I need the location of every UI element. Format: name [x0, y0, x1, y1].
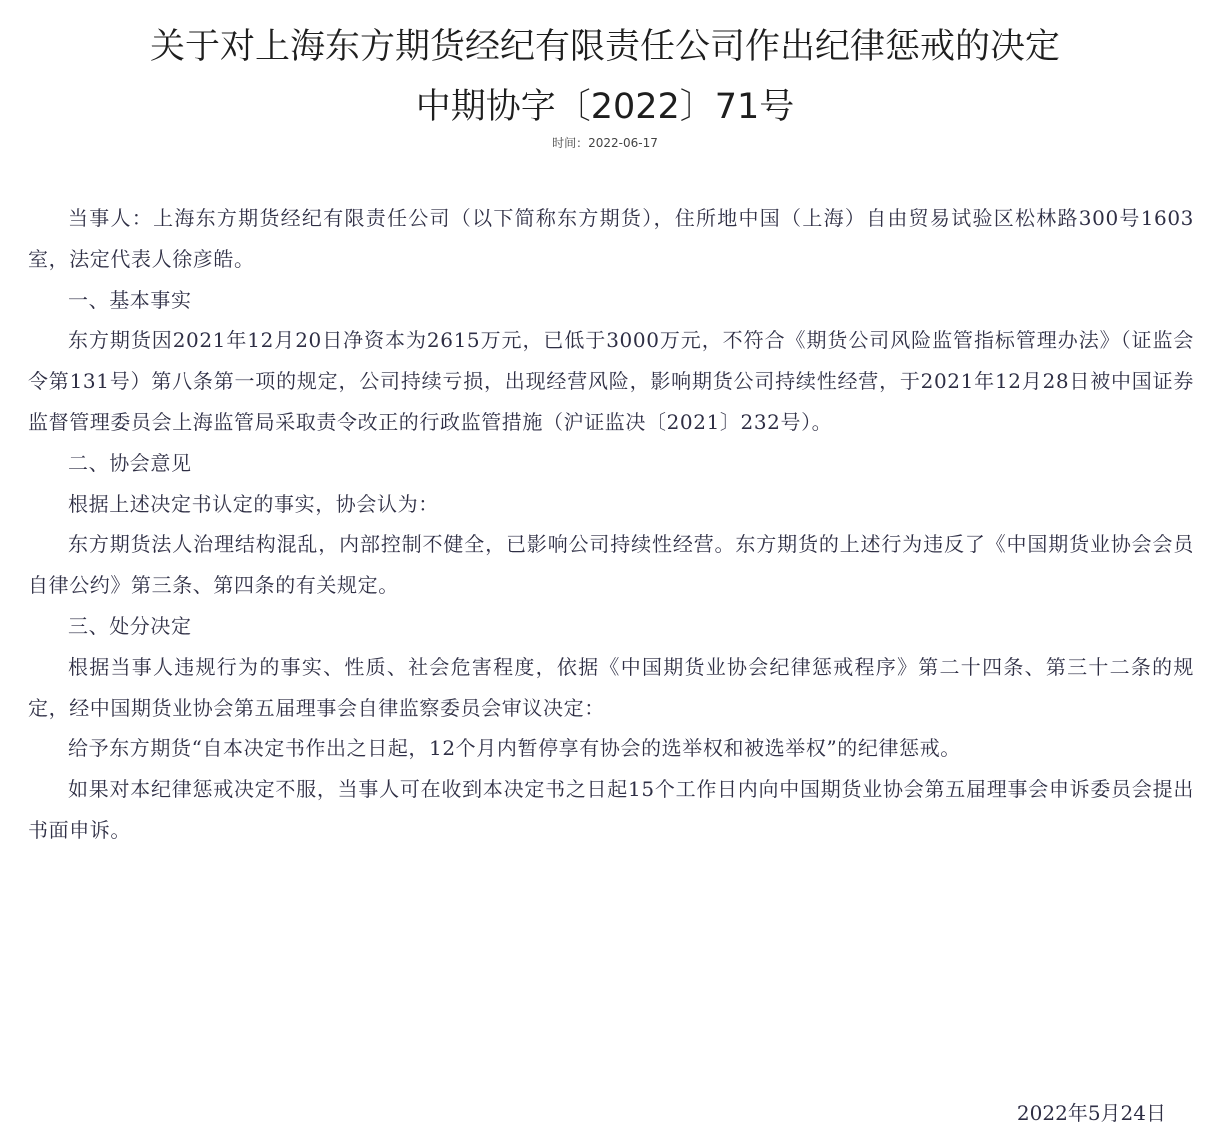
- publish-time: 时间：2022-06-17: [0, 134, 1210, 152]
- opinion-intro-paragraph: 根据上述决定书认定的事实，协会认为：: [28, 484, 1194, 525]
- party-paragraph: 当事人：上海东方期货经纪有限责任公司（以下简称东方期货），住所地中国（上海）自由…: [28, 198, 1194, 280]
- publish-time-label: 时间：: [552, 136, 588, 150]
- section-heading-association-opinion: 二、协会意见: [28, 443, 1194, 484]
- decision-basis-paragraph: 根据当事人违规行为的事实、性质、社会危害程度，依据《中国期货业协会纪律惩戒程序》…: [28, 647, 1194, 729]
- opinion-paragraph: 东方期货法人治理结构混乱，内部控制不健全，已影响公司持续性经营。东方期货的上述行…: [28, 524, 1194, 606]
- document-title: 关于对上海东方期货经纪有限责任公司作出纪律惩戒的决定: [0, 22, 1210, 72]
- signature-date: 2022年5月24日: [1017, 1098, 1166, 1128]
- appeal-paragraph: 如果对本纪律惩戒决定不服，当事人可在收到本决定书之日起15个工作日内向中国期货业…: [28, 769, 1194, 851]
- document-number: 中期协字〔2022〕71号: [0, 82, 1210, 132]
- section-heading-basic-facts: 一、基本事实: [28, 280, 1194, 321]
- publish-time-value: 2022-06-17: [588, 136, 658, 150]
- document-body: 当事人：上海东方期货经纪有限责任公司（以下简称东方期货），住所地中国（上海）自由…: [28, 198, 1194, 851]
- basic-facts-paragraph: 东方期货因2021年12月20日净资本为2615万元，已低于3000万元，不符合…: [28, 320, 1194, 442]
- penalty-paragraph: 给予东方期货“自本决定书作出之日起，12个月内暂停享有协会的选举权和被选举权”的…: [28, 728, 1194, 769]
- section-heading-decision: 三、处分决定: [28, 606, 1194, 647]
